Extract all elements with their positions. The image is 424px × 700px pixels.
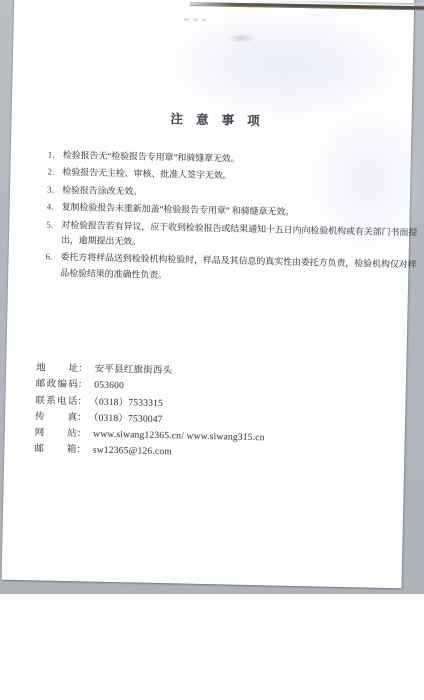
notice-title: 注 意 事 项 — [11, 106, 411, 133]
contact-label: 传真 — [35, 408, 77, 423]
notice-item-5: 5. 对检验报告若有异议，应于收到检验报告或结果通知十五日内向检验机构或有关部门… — [46, 217, 403, 256]
smudge-mark — [227, 33, 255, 43]
paper-sheet: 注 意 事 项 1. 检验报告无“检验报告专用章”和骑缝章无效。 2. 检验报告… — [2, 0, 415, 588]
item-number: 3. — [47, 182, 62, 198]
item-number: 4. — [46, 200, 61, 216]
item-number: 5. — [46, 217, 62, 248]
contact-value: （0318）7533315 — [94, 397, 163, 409]
notice-items-list: 1. 检验报告无“检验报告专用章”和骑缝章无效。 2. 检验报告无主检、审核、批… — [45, 147, 404, 290]
item-number: 6. — [45, 250, 61, 281]
item-number: 1. — [48, 147, 63, 163]
contact-colon: ： — [78, 380, 88, 390]
scanned-document-page: 注 意 事 项 1. 检验报告无“检验报告专用章”和骑缝章无效。 2. 检验报告… — [0, 0, 424, 700]
scan-tint-patch — [162, 7, 409, 122]
contact-value: sw12365@126.com — [93, 446, 172, 458]
contact-value: www.siwang12365.cn/ www.siwang315.cn — [93, 430, 265, 444]
contact-colon: ： — [78, 364, 88, 374]
contact-colon: ： — [77, 397, 87, 407]
contact-label: 联系电话 — [35, 392, 77, 407]
contact-colon: ： — [77, 413, 87, 423]
contact-colon: ： — [77, 429, 87, 439]
contact-label: 网站 — [35, 424, 77, 439]
contact-value: 053600 — [94, 381, 124, 392]
contact-colon: ： — [76, 446, 86, 456]
item-number: 2. — [47, 165, 62, 181]
contact-label: 地址 — [36, 359, 78, 374]
contact-value: 安平县红旗街西头 — [95, 365, 173, 377]
contact-info-block: 地址：安平县红旗街西头 邮政编码：053600 联系电话：（0318）75333… — [34, 359, 266, 462]
contact-value: （0318）7530047 — [93, 413, 162, 425]
faint-pencil-marks — [184, 18, 206, 20]
notice-item-6: 6. 委托方将样品送到检验机构检验时，样品及其信息的真实性由委托方负责，检验机构… — [45, 250, 402, 289]
contact-label: 邮政编码 — [36, 376, 78, 391]
contact-label: 邮箱 — [34, 441, 76, 456]
